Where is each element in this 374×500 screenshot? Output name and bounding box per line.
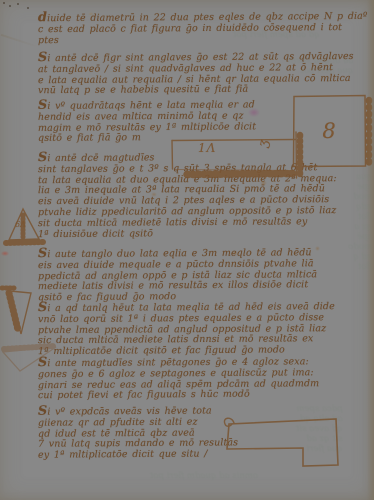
manuscript-line: qsitō e fiat fiā ḡo m	[38, 133, 290, 146]
corner-speck	[3, 2, 5, 4]
bleedthrough-line: pdca spem	[296, 404, 343, 414]
triangle-down-diagram	[2, 288, 31, 334]
corner-speck	[9, 5, 11, 7]
rectangle-diagram-label: 1Λ	[198, 141, 216, 155]
corner-speck	[17, 3, 19, 5]
square-diagram-label: 8	[293, 96, 365, 166]
triangle-up-label: 6Λ	[15, 220, 26, 229]
page-edge-shadow	[367, 0, 374, 500]
bleedthrough-line: sit qz ad	[296, 434, 343, 444]
manuscript-line: ptes	[38, 33, 370, 46]
manuscript-line: 1ª diuisiōue dicit qsitō	[38, 227, 372, 240]
manuscript-line: cui potet fievi et fac figuuals s hūc mo…	[38, 389, 372, 402]
manuscript-page: qd ad spem fieri pot ad aliqua spem qua …	[0, 0, 374, 500]
bleedthrough-line: qd avea sit	[296, 424, 343, 434]
bleedthrough-text: pdca spem ad aliq qd qd avea sit sit qz …	[296, 404, 343, 454]
bleedthrough-text: omnis ad quadm fieri pot	[150, 471, 258, 481]
bleedthrough-line: qua fieri	[296, 444, 343, 454]
bleedthrough-line: ad aliq qd	[296, 414, 343, 424]
manuscript-paragraph: Si ante magtudīes sint pētagones ḡo e 4 …	[38, 357, 372, 401]
manuscript-paragraph: Si vº quadrātaqs hēnt e lata meqlia er a…	[38, 100, 290, 144]
manuscript-paragraph: Si vº expdcās aveās vis hēve tota giiena…	[38, 406, 238, 461]
parchment-crease	[1, 34, 40, 48]
red-mark	[1, 251, 9, 256]
manuscript-paragraph: diuide tē diametrū in 22 dua ptes eqles …	[38, 12, 370, 45]
manuscript-paragraph: Si aute tanglo duo lata eqlia e 3m meqlo…	[38, 248, 372, 303]
manuscript-paragraph: Si antē dcē figr sint anglaves ḡo est 22…	[38, 52, 372, 96]
manuscript-paragraph: Si a qd tanlq hēut ta lata meqlia tē ad …	[38, 302, 372, 357]
manuscript-line: ey 1ª mltiplicatōe dicit que situ /	[38, 449, 238, 461]
corner-speck	[27, 7, 29, 9]
